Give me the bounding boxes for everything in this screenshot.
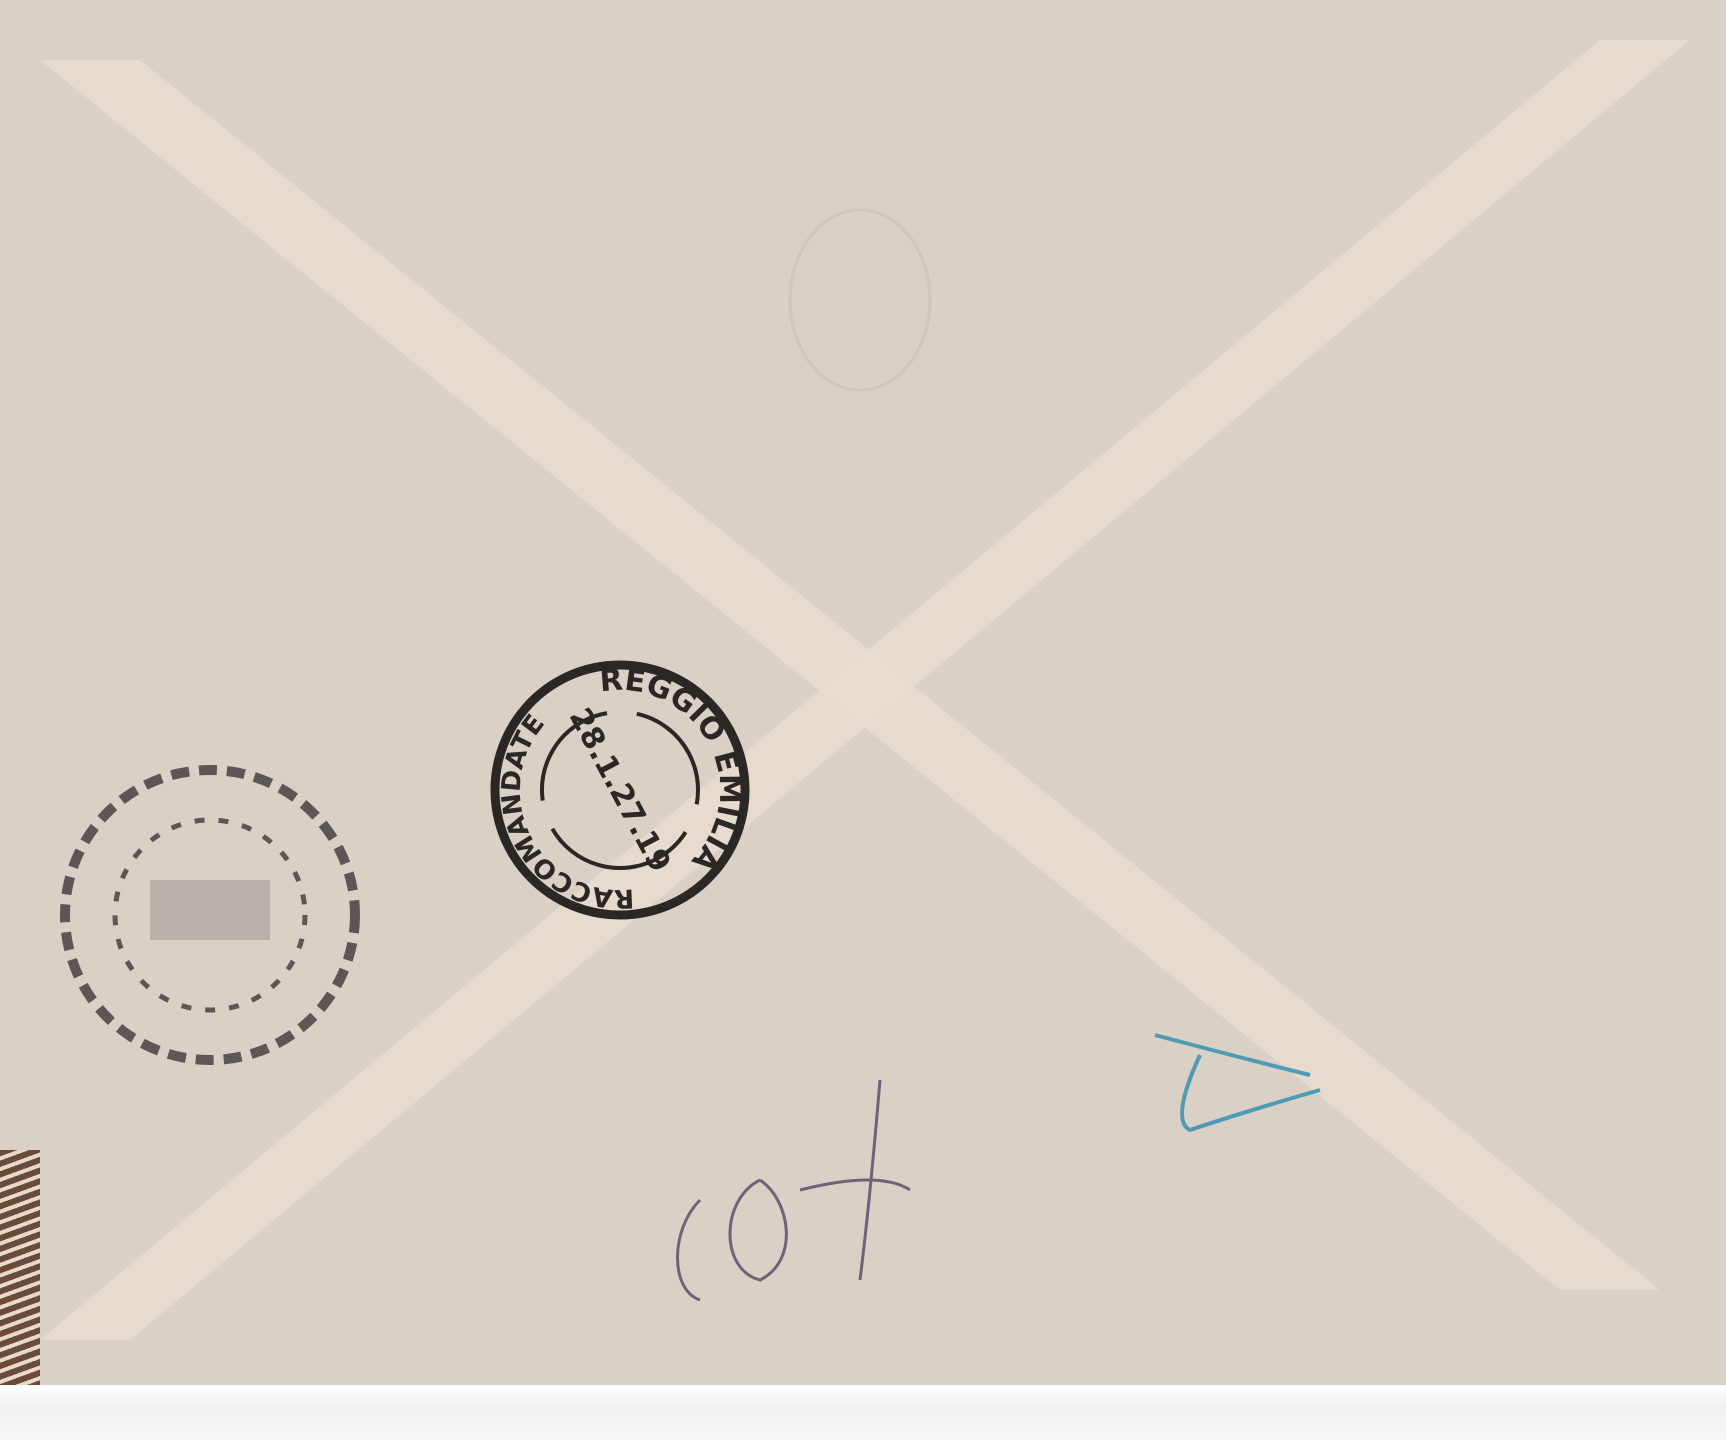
pencil-notation-text: 288 <box>690 1282 709 1293</box>
svg-text:RACCOMANDATE: RACCOMANDATE <box>457 703 646 949</box>
svg-text:28.1.27.19: 28.1.27.19 <box>562 702 678 878</box>
pencil-notation <box>678 1080 911 1300</box>
envelope-artwork: REGGIO EMILIA RACCOMANDATE 28.1.27.19 28… <box>0 0 1726 1440</box>
postmark-reggio-emilia: REGGIO EMILIA RACCOMANDATE 28.1.27.19 <box>451 620 791 959</box>
blue-notation-text: 18 <box>1180 1092 1193 1103</box>
postmark-smudged <box>65 770 355 1060</box>
plastic-sleeve-edge <box>0 1385 1726 1440</box>
embossed-oval <box>790 210 930 390</box>
